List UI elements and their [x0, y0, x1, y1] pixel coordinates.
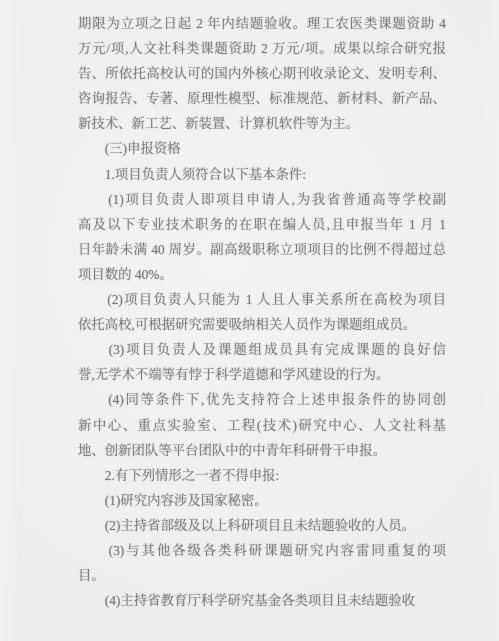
text-line: (4)主持省教育厅科学研究基金各类项目且未结题验收 — [78, 588, 446, 613]
document-page: 期限为立项之日起 2 年内结题验收。理工农医类课题资助 4 万元/项,人文社科类… — [0, 0, 499, 641]
text-line: 项目数的 40%。 — [78, 262, 446, 287]
text-line: 依托高校,可根据研究需要吸纳相关人员作为课题组成员。 — [78, 312, 446, 337]
text-line: 高及以下专业技术职务的在职在编人员,且申报当年 1 月 1 — [78, 212, 446, 237]
text-line: (2)主持省部级及以上科研项目且未结题验收的人员。 — [78, 513, 446, 538]
text-line: (3)与其他各级各类科研课题研究内容雷同重复的项 — [78, 538, 446, 563]
text-line: 告、所依托高校认可的国内外核心期刊收录论文、发明专利、 — [78, 61, 446, 86]
document-text-block: 期限为立项之日起 2 年内结题验收。理工农医类课题资助 4 万元/项,人文社科类… — [78, 11, 446, 613]
text-line: (4)同等条件下,优先支持符合上述申报条件的协同创 — [78, 387, 446, 412]
text-line: (2)项目负责人只能为 1 人且人事关系所在高校为项目 — [78, 287, 446, 312]
text-line: 目。 — [78, 563, 446, 588]
text-line: 期限为立项之日起 2 年内结题验收。理工农医类课题资助 4 — [78, 11, 446, 36]
text-line: 日年龄未满 40 周岁。副高级职称立项项目的比例不得超过总 — [78, 237, 446, 262]
text-line: 万元/项,人文社科类课题资助 2 万元/项。成果以综合研究报 — [78, 36, 446, 61]
text-line: 誉,无学术不端等有悖于科学道德和学风建设的行为。 — [78, 362, 446, 387]
list-item-heading: 1.项目负责人须符合以下基本条件: — [78, 162, 446, 187]
text-line: (3)项目负责人及课题组成员具有完成课题的良好信 — [78, 337, 446, 362]
section-heading: (三)申报资格 — [78, 136, 446, 161]
text-line: 咨询报告、专著、原理性模型、标准规范、新材料、新产品、 — [78, 86, 446, 111]
list-item-heading: 2.有下列情形之一者不得申报: — [78, 463, 446, 488]
scanned-document: { "page": { "background_color": "#f1f0ee… — [0, 0, 499, 641]
text-line: 地、创新团队等平台团队中的中青年科研骨干申报。 — [78, 438, 446, 463]
text-line: (1)项目负责人即项目申请人,为我省普通高等学校副 — [78, 187, 446, 212]
text-line: 新技术、新工艺、新装置、计算机软件等为主。 — [78, 111, 446, 136]
text-line: (1)研究内容涉及国家秘密。 — [78, 488, 446, 513]
text-line: 新中心、重点实验室、工程(技术)研究中心、人文社科基 — [78, 413, 446, 438]
